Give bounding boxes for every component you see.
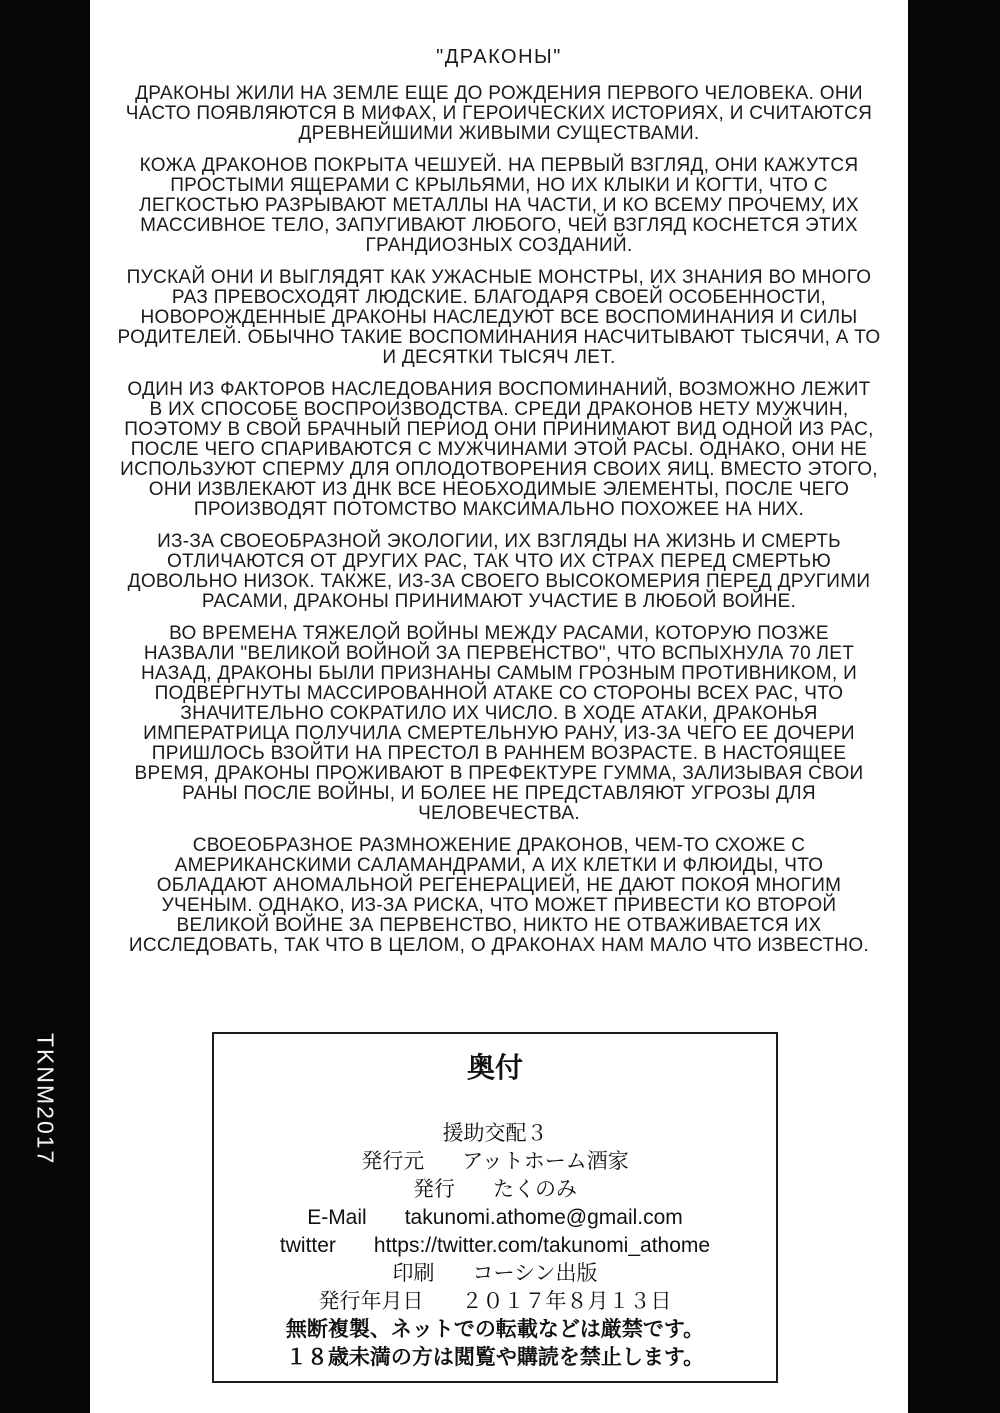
copyright-notice: 無断複製、ネットでの転載などは厳禁です。	[214, 1316, 776, 1344]
lore-paragraph-1: ДРАКОНЫ ЖИЛИ НА ЗЕМЛЕ ЕЩЕ ДО РОЖДЕНИЯ ПЕ…	[90, 84, 908, 144]
left-black-margin: TKNM2017	[0, 0, 90, 1413]
lore-paragraph-5: ИЗ-ЗА СВОЕОБРАЗНОЙ ЭКОЛОГИИ, ИХ ВЗГЛЯДЫ …	[90, 532, 908, 612]
colophon-heading: 奥付	[214, 1052, 776, 1084]
manga-text-page: TKNM2017 "ДРАКОНЫ" ДРАКОНЫ ЖИЛИ НА ЗЕМЛЕ…	[0, 0, 1000, 1413]
publisher-row: 発行 たくのみ	[214, 1176, 776, 1204]
publication-date-row: 発行年月日 ２０１７年８月１３日	[214, 1288, 776, 1316]
page-title: "ДРАКОНЫ"	[90, 46, 908, 68]
twitter-row: twitter https://twitter.com/takunomi_ath…	[214, 1232, 776, 1260]
lore-text-column: "ДРАКОНЫ" ДРАКОНЫ ЖИЛИ НА ЗЕМЛЕ ЕЩЕ ДО Р…	[90, 0, 908, 968]
right-black-margin	[908, 0, 1000, 1413]
email-label: E-Mail	[307, 1204, 367, 1232]
publication-date-value: ２０１７年８月１３日	[462, 1288, 672, 1316]
lore-paragraph-7: СВОЕОБРАЗНОЕ РАЗМНОЖЕНИЕ ДРАКОНОВ, ЧЕМ-Т…	[90, 836, 908, 956]
email-value: takunomi.athome@gmail.com	[405, 1204, 683, 1232]
lore-paragraph-4: ОДИН ИЗ ФАКТОРОВ НАСЛЕДОВАНИЯ ВОСПОМИНАН…	[90, 380, 908, 520]
colophon-body: 援助交配３ 発行元 アットホーム酒家 発行 たくのみ E-Mail takuno…	[214, 1120, 776, 1372]
publisher-label: 発行	[413, 1176, 455, 1204]
age-restriction-notice: １８歳未満の方は閲覧や購読を禁止します。	[214, 1344, 776, 1372]
publisher-origin-row: 発行元 アットホーム酒家	[214, 1148, 776, 1176]
publication-date-label: 発行年月日	[319, 1288, 424, 1316]
lore-paragraph-6: ВО ВРЕМЕНА ТЯЖЕЛОЙ ВОЙНЫ МЕЖДУ РАСАМИ, К…	[90, 624, 908, 824]
email-row: E-Mail takunomi.athome@gmail.com	[214, 1204, 776, 1232]
side-code-label: TKNM2017	[32, 1033, 59, 1165]
publisher-origin-label: 発行元	[361, 1148, 424, 1176]
publisher-value: たくのみ	[493, 1176, 577, 1204]
printing-label: 印刷	[392, 1260, 434, 1288]
lore-paragraph-3: ПУСКАЙ ОНИ И ВЫГЛЯДЯТ КАК УЖАСНЫЕ МОНСТР…	[90, 268, 908, 368]
colophon-box: 奥付 援助交配３ 発行元 アットホーム酒家 発行 たくのみ E-Mail tak…	[212, 1032, 778, 1383]
twitter-url: https://twitter.com/takunomi_athome	[374, 1232, 710, 1260]
twitter-label: twitter	[280, 1232, 336, 1260]
lore-paragraph-2: КОЖА ДРАКОНОВ ПОКРЫТА ЧЕШУЕЙ. НА ПЕРВЫЙ …	[90, 156, 908, 256]
work-title: 援助交配３	[214, 1120, 776, 1148]
publisher-origin-value: アットホーム酒家	[462, 1148, 629, 1176]
printing-row: 印刷 コーシン出版	[214, 1260, 776, 1288]
printing-value: コーシン出版	[472, 1260, 597, 1288]
